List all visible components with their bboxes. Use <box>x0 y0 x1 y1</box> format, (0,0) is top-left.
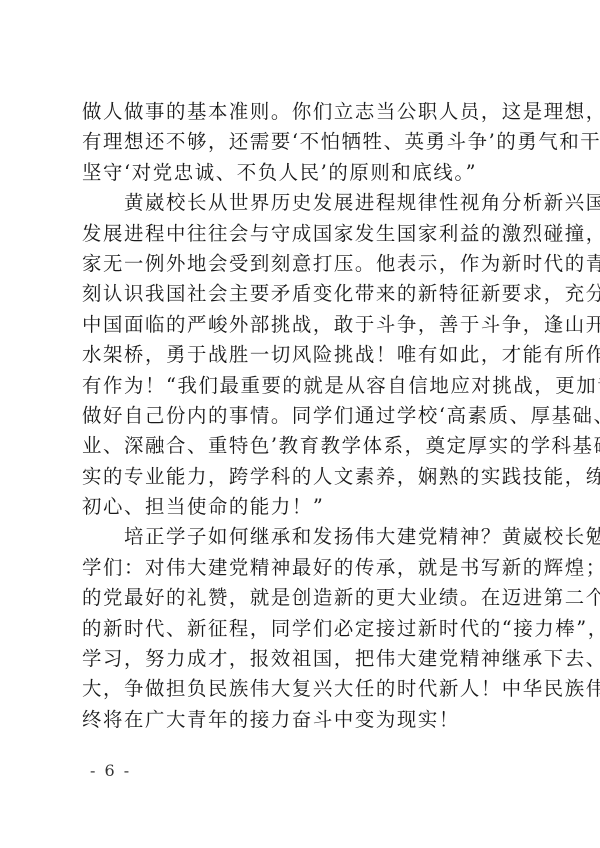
text-line: 终将在广大青年的接力奋斗中变为现实！ <box>82 705 524 735</box>
document-body: 做人做事的基本准则。你们立志当公职人员，这是理想，但是光 有理想还不够，还需要‘… <box>82 97 524 735</box>
text-line: 业、深融合、重特色’教育教学体系，奠定厚实的学科基础，扎 <box>82 431 524 461</box>
text-line: 有理想还不够，还需要‘不怕牺牲、英勇斗争’的勇气和干劲， <box>82 127 524 157</box>
text-line: 黄崴校长从世界历史发展进程规律性视角分析新兴国家在 <box>82 188 524 218</box>
text-line: 的新时代、新征程，同学们必定接过新时代的“接力棒”，努力 <box>82 614 524 644</box>
text-line: 发展进程中往往会与守成国家发生国家利益的激烈碰撞，新兴国 <box>82 219 524 249</box>
page-number: - 6 - <box>90 762 131 780</box>
text-line: 培正学子如何继承和发扬伟大建党精神？黄崴校长勉励同 <box>82 522 524 552</box>
text-line: 刻认识我国社会主要矛盾变化带来的新特征新要求，充分认识到 <box>82 279 524 309</box>
text-line: 学们：对伟大建党精神最好的传承，就是书写新的辉煌；对伟大 <box>82 553 524 583</box>
text-line: 做好自己份内的事情。同学们通过学校‘高素质、厚基础、强专 <box>82 401 524 431</box>
paragraph-3: 培正学子如何继承和发扬伟大建党精神？黄崴校长勉励同 学们：对伟大建党精神最好的传… <box>82 522 524 735</box>
paragraph-2: 黄崴校长从世界历史发展进程规律性视角分析新兴国家在 发展进程中往往会与守成国家发… <box>82 188 524 522</box>
text-line: 实的专业能力，跨学科的人文素养，娴熟的实践技能，练就践行 <box>82 462 524 492</box>
text-line: 坚守‘对党忠诚、不负人民’的原则和底线。” <box>82 158 524 188</box>
text-line: 做人做事的基本准则。你们立志当公职人员，这是理想，但是光 <box>82 97 524 127</box>
text-line: 学习，努力成才，报效祖国，把伟大建党精神继承下去、发扬光 <box>82 644 524 674</box>
paragraph-1: 做人做事的基本准则。你们立志当公职人员，这是理想，但是光 有理想还不够，还需要‘… <box>82 97 524 188</box>
document-page: 做人做事的基本准则。你们立志当公职人员，这是理想，但是光 有理想还不够，还需要‘… <box>0 0 600 848</box>
text-line: 的党最好的礼赞，就是创造新的更大业绩。在迈进第二个一百年 <box>82 583 524 613</box>
text-line: 初心、担当使命的能力！” <box>82 492 524 522</box>
text-line: 中国面临的严峻外部挑战，敢于斗争，善于斗争，逢山开道、遇 <box>82 310 524 340</box>
text-line: 大，争做担负民族伟大复兴大任的时代新人！中华民族伟大复兴 <box>82 674 524 704</box>
text-line: 水架桥，勇于战胜一切风险挑战！唯有如此，才能有所作为，大 <box>82 340 524 370</box>
text-line: 家无一例外地会受到刻意打压。他表示，作为新时代的青年要深 <box>82 249 524 279</box>
text-line: 有作为！“我们最重要的就是从容自信地应对挑战，更加专注地 <box>82 371 524 401</box>
